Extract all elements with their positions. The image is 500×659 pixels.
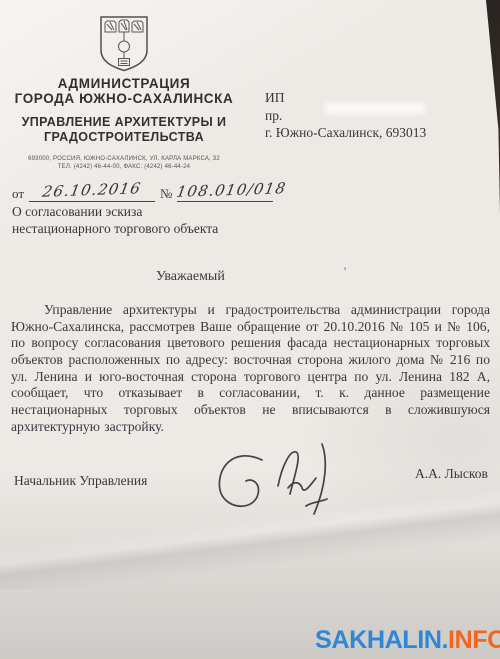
- body-line: объектов расположенных по адресу: восточ…: [11, 352, 490, 369]
- photo-background-edge: [480, 0, 500, 215]
- letterhead-address: 693000, РОССИЯ, ЮЖНО-САХАЛИНСК, УЛ. КАРЛ…: [10, 155, 238, 163]
- signer-name: А.А. Лысков: [415, 466, 488, 482]
- recipient-line-city: г. Южно-Сахалинск, 693013: [265, 124, 426, 142]
- organization-name-line1: АДМИНИСТРАЦИЯ: [10, 76, 238, 91]
- from-label: от: [12, 186, 24, 201]
- handwritten-date: 26.10.2016: [41, 179, 143, 200]
- salutation: Уважаемый: [156, 269, 225, 285]
- letterhead: АДМИНИСТРАЦИЯ ГОРОДА ЮЖНО-САХАЛИНСКА УПР…: [10, 14, 238, 171]
- recipient-block: ИП пр. г. Южно-Сахалинск, 693013: [265, 89, 426, 142]
- department-name-line2: ГРАДОСТРОИТЕЛЬСТВА: [10, 130, 238, 145]
- letterhead-contacts: 693000, РОССИЯ, ЮЖНО-САХАЛИНСК, УЛ. КАРЛ…: [10, 155, 238, 171]
- department-name: УПРАВЛЕНИЕ АРХИТЕКТУРЫ И ГРАДОСТРОИТЕЛЬС…: [10, 115, 238, 144]
- letter-body: Управление архитектуры и градостроительс…: [11, 302, 490, 436]
- reference-row: от26.10.2016№108.010/018: [12, 181, 278, 202]
- number-underline: 108.010/018: [177, 181, 273, 202]
- department-name-line1: УПРАВЛЕНИЕ АРХИТЕКТУРЫ И: [10, 115, 238, 130]
- scanned-letter-photo: АДМИНИСТРАЦИЯ ГОРОДА ЮЖНО-САХАЛИНСКА УПР…: [0, 0, 500, 659]
- letterhead-phone-fax: ТЕЛ. (4242) 46-44-00, ФАКС: (4242) 46-44…: [10, 163, 238, 171]
- body-line: нестационарных торговых объектов не впис…: [11, 402, 490, 419]
- redacted-name-smudge: [325, 103, 425, 114]
- signature-scrawl: [210, 436, 360, 524]
- subject-line2: нестационарного торгового объекта: [12, 220, 218, 237]
- body-line: архитектурную застройку.: [11, 419, 490, 436]
- watermark-info: INFO: [448, 626, 500, 654]
- city-coat-of-arms-icon: [98, 14, 150, 72]
- body-line: ул. Ленина и юго-восточная сторона торго…: [11, 369, 490, 386]
- erased-name-mark: ': [344, 264, 346, 279]
- number-label: №: [160, 186, 172, 201]
- subject-block: О согласовании эскиза нестационарного то…: [12, 203, 218, 237]
- body-line: Управление архитектуры и градостроительс…: [11, 302, 490, 319]
- sakhalin-info-watermark: SAKHALIN.INFO: [315, 626, 500, 655]
- organization-name-line2: ГОРОДА ЮЖНО-САХАЛИНСКА: [10, 91, 238, 106]
- body-line: сообщает, что отказывает в согласовании,…: [11, 385, 490, 402]
- subject-line1: О согласовании эскиза: [12, 203, 218, 220]
- signer-title: Начальник Управления: [14, 473, 147, 489]
- handwritten-number: 108.010/018: [175, 179, 288, 201]
- date-underline: 26.10.2016: [29, 181, 155, 202]
- body-line: Южно-Сахалинска, рассмотрев Ваше обращен…: [11, 319, 490, 336]
- body-line: по вопросу согласования цветового решени…: [11, 335, 490, 352]
- watermark-sakhalin: SAKHALIN.: [315, 626, 448, 654]
